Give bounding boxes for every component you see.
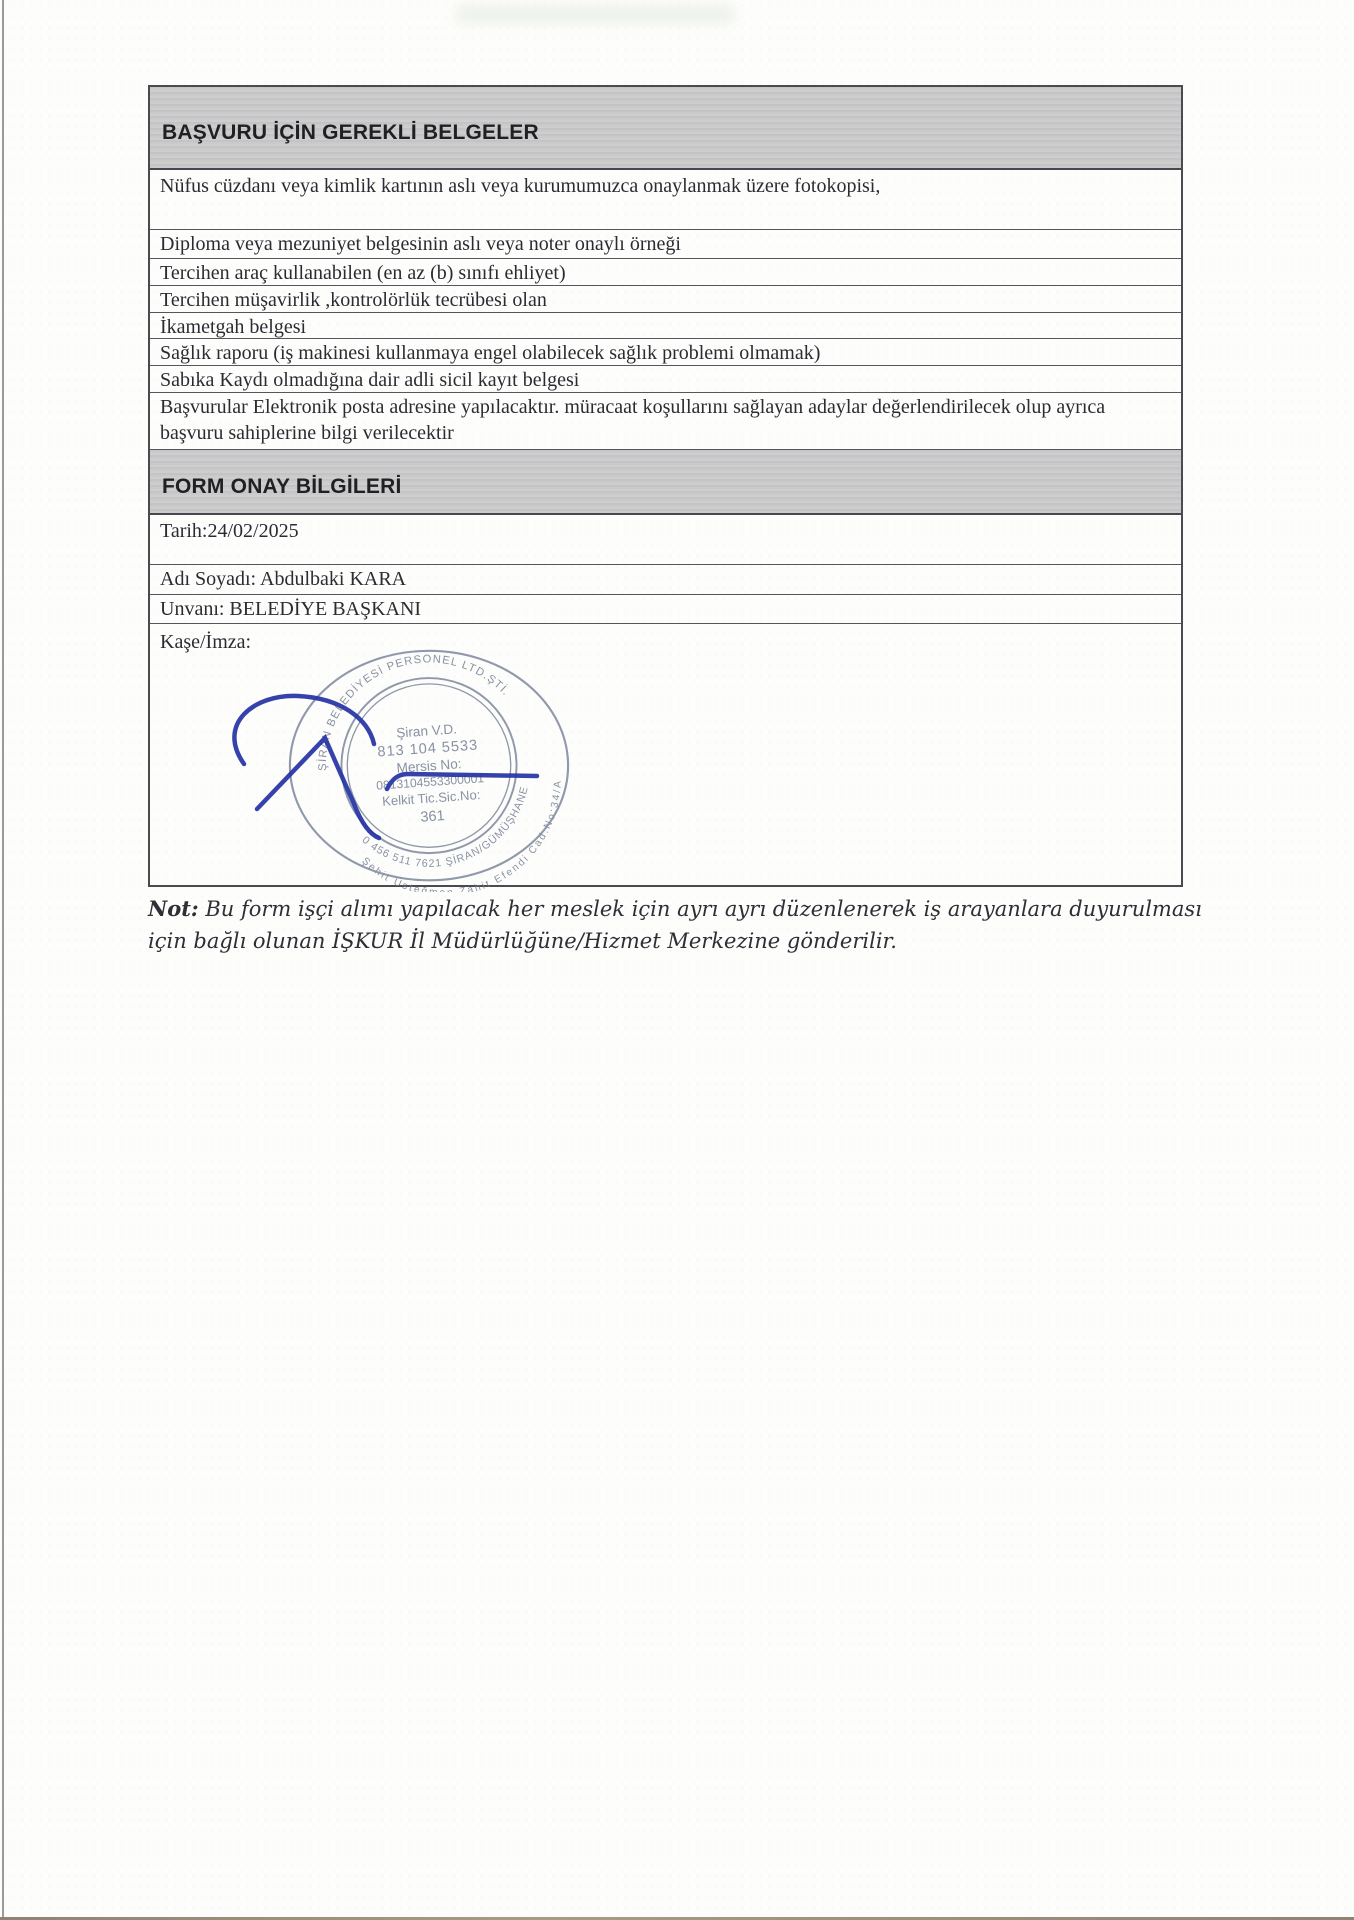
date-value: Tarih:24/02/2025 xyxy=(160,520,299,542)
row-text: Diploma veya mezuniyet belgesinin aslı v… xyxy=(160,233,681,255)
row-text: Başvurular Elektronik posta adresine yap… xyxy=(160,394,1125,446)
stamp-signature-row: Kaşe/İmza: ŞİRAN BELEDİYESİ PERSONEL LTD… xyxy=(150,624,1181,885)
section-header-form-approval: FORM ONAY BİLGİLERİ xyxy=(150,450,1181,515)
signature-stroke xyxy=(387,774,537,789)
section-header-required-documents: BAŞVURU İÇİN GEREKLİ BELGELER xyxy=(150,87,1181,170)
signature-stroke xyxy=(257,738,379,838)
row-text: İkametgah belgesi xyxy=(160,316,306,338)
scan-edge-left xyxy=(2,0,4,1920)
application-form-table: BAŞVURU İÇİN GEREKLİ BELGELER Nüfus cüzd… xyxy=(148,85,1183,887)
signature xyxy=(150,624,710,885)
note-label: Not: xyxy=(148,896,199,921)
note: Not: Bu form işçi alımı yapılacak her me… xyxy=(148,893,1228,957)
table-row: Nüfus cüzdanı veya kimlik kartının aslı … xyxy=(150,170,1181,230)
table-row: Diploma veya mezuniyet belgesinin aslı v… xyxy=(150,230,1181,259)
table-row: Tercihen müşavirlik ,kontrolörlük tecrüb… xyxy=(150,286,1181,313)
section-title: FORM ONAY BİLGİLERİ xyxy=(162,475,402,499)
table-row: Tercihen araç kullanabilen (en az (b) sı… xyxy=(150,259,1181,286)
signature-stroke xyxy=(234,696,374,764)
scan-smudge xyxy=(455,4,735,24)
note-text: Bu form işçi alımı yapılacak her meslek … xyxy=(148,897,1202,953)
row-text: Sağlık raporu (iş makinesi kullanmaya en… xyxy=(160,342,820,364)
row-text: Tercihen müşavirlik ,kontrolörlük tecrüb… xyxy=(160,289,547,311)
date-row: Tarih:24/02/2025 xyxy=(150,515,1181,565)
table-row: Başvurular Elektronik posta adresine yap… xyxy=(150,393,1181,450)
row-text: Tercihen araç kullanabilen (en az (b) sı… xyxy=(160,262,566,284)
name-row: Adı Soyadı: Abdulbaki KARA xyxy=(150,565,1181,595)
section-title: BAŞVURU İÇİN GEREKLİ BELGELER xyxy=(162,121,539,145)
scanned-document-page: BAŞVURU İÇİN GEREKLİ BELGELER Nüfus cüzd… xyxy=(0,0,1354,1920)
table-row: Sabıka Kaydı olmadığına dair adli sicil … xyxy=(150,366,1181,393)
table-row: Sağlık raporu (iş makinesi kullanmaya en… xyxy=(150,339,1181,366)
title-value: Unvanı: BELEDİYE BAŞKANI xyxy=(160,598,421,620)
title-row: Unvanı: BELEDİYE BAŞKANI xyxy=(150,595,1181,624)
row-text: Sabıka Kaydı olmadığına dair adli sicil … xyxy=(160,369,579,391)
table-row: İkametgah belgesi xyxy=(150,313,1181,339)
name-value: Adı Soyadı: Abdulbaki KARA xyxy=(160,568,406,590)
row-text: Nüfus cüzdanı veya kimlik kartının aslı … xyxy=(160,175,880,197)
